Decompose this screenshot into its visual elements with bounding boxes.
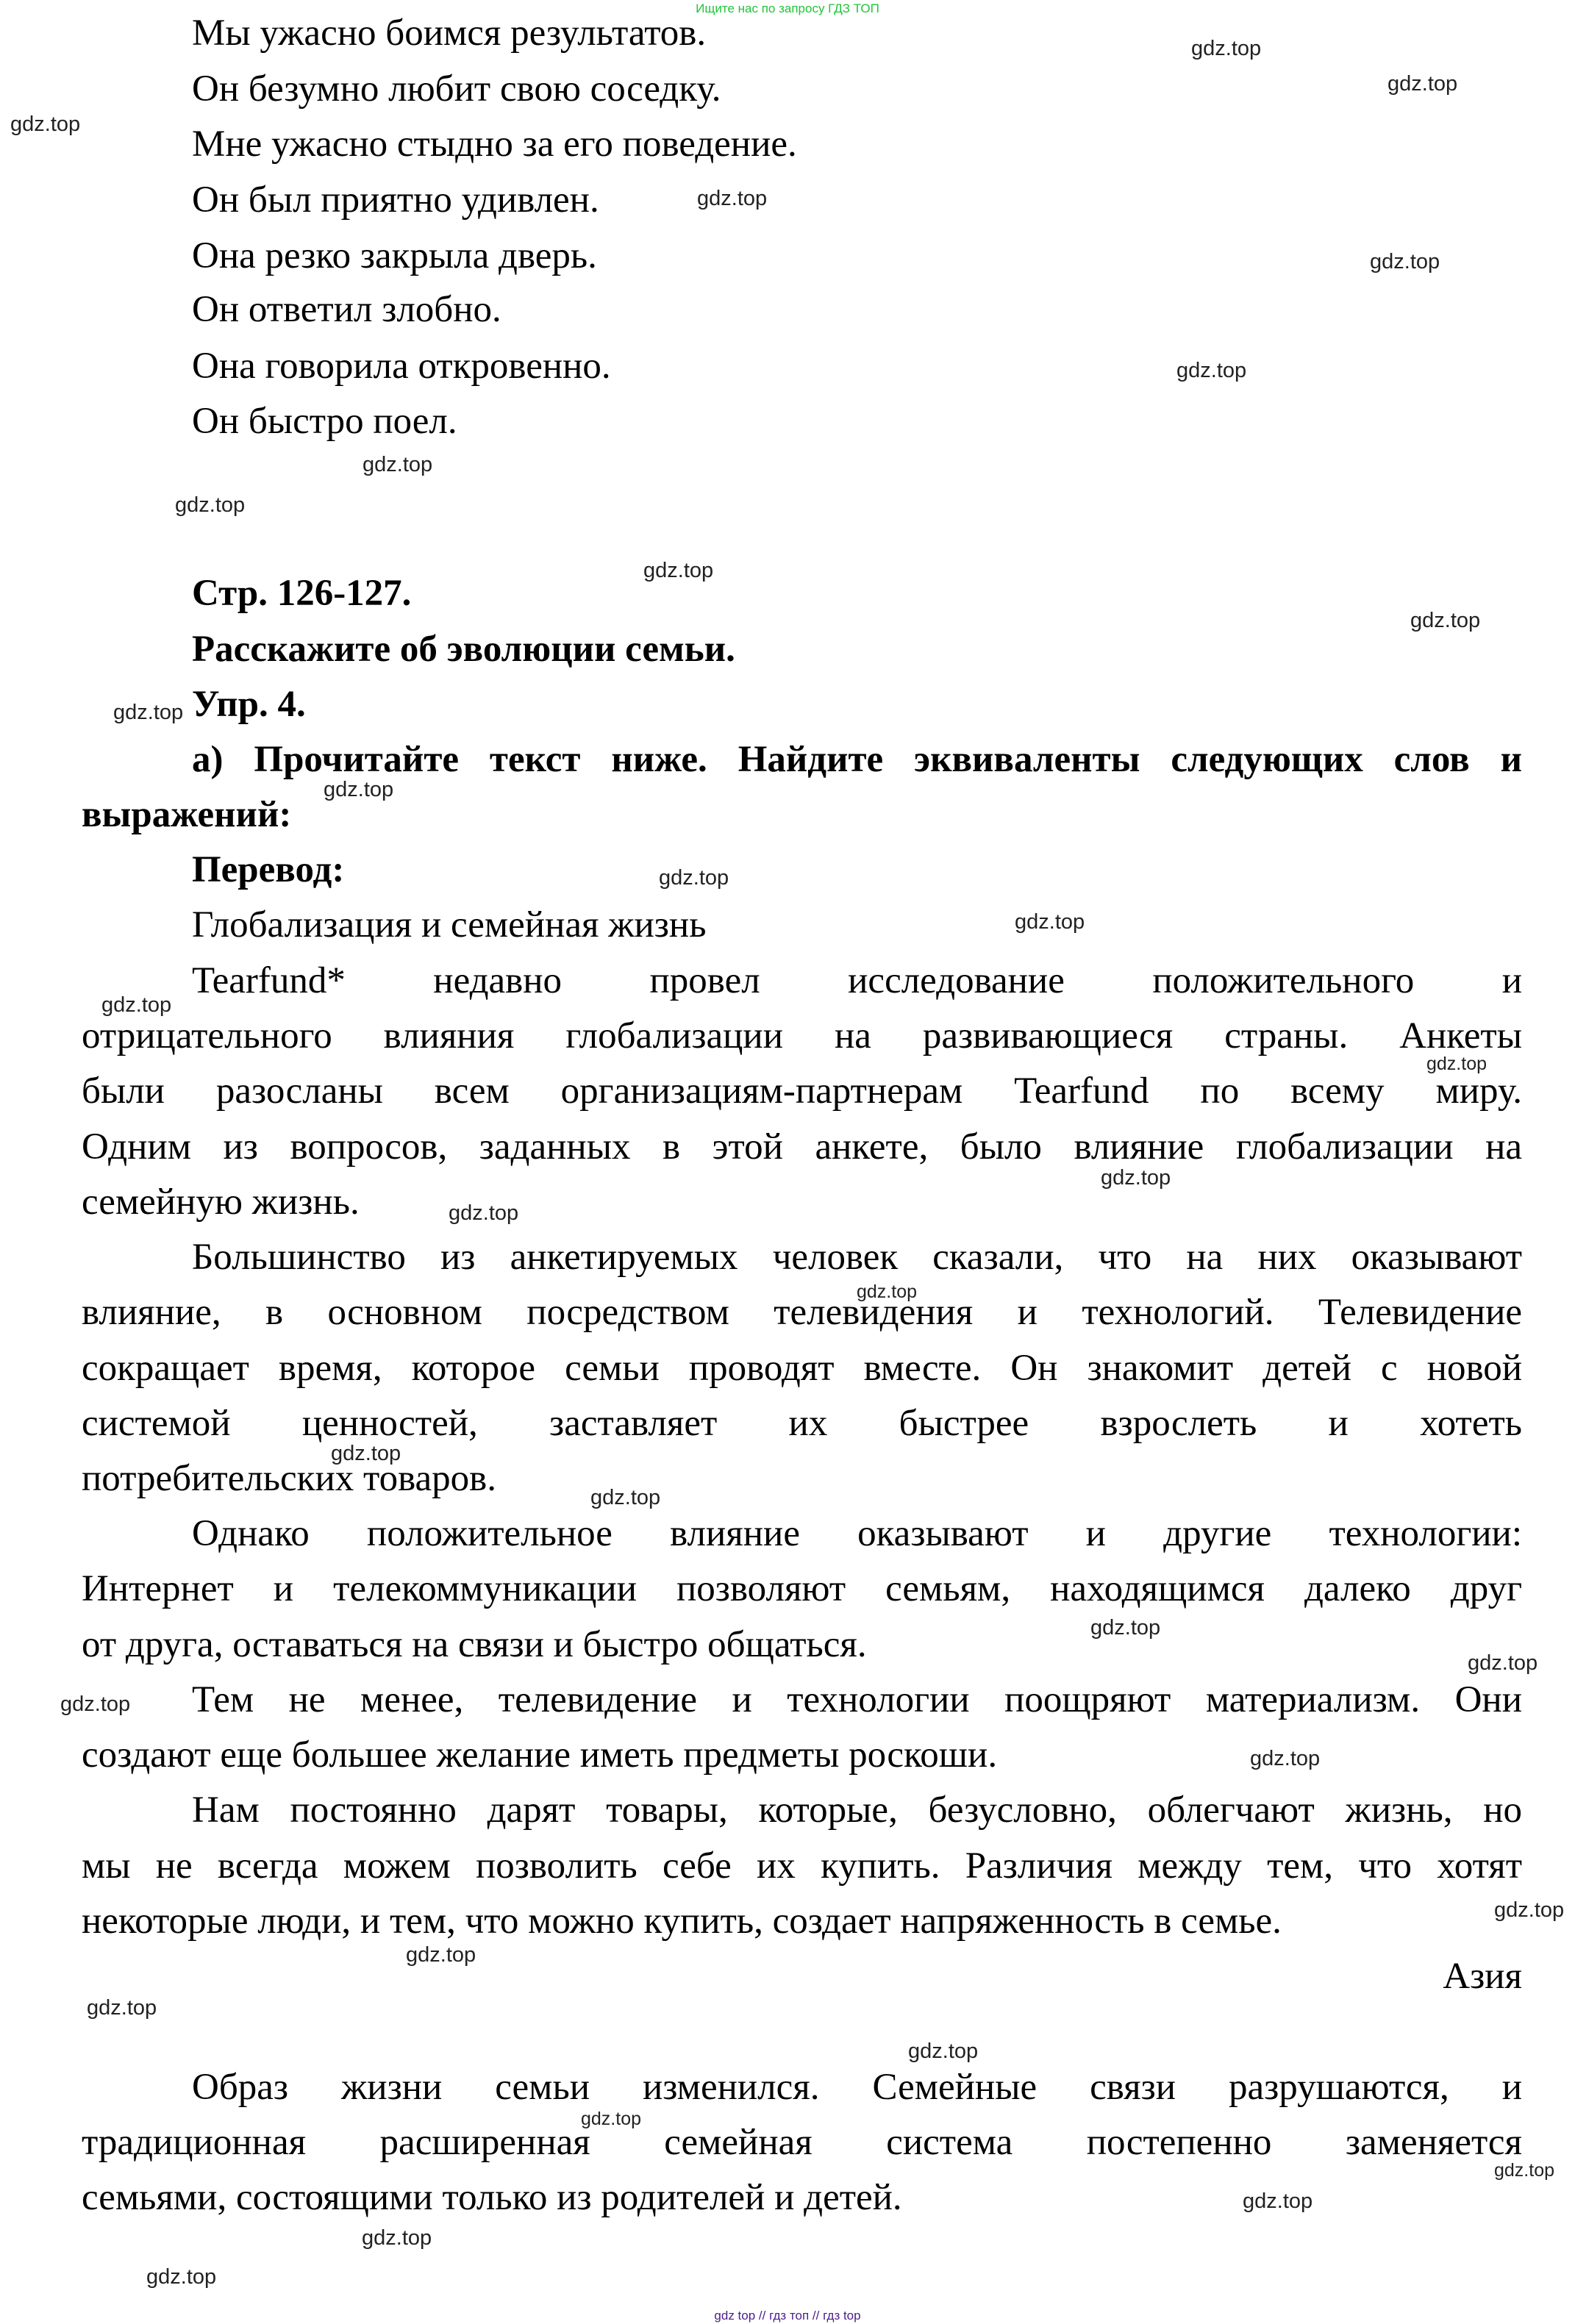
- sentence: Он быстро поел.: [192, 403, 457, 440]
- sentence: Она резко закрыла дверь.: [192, 237, 597, 275]
- paragraph-line: некоторые люди, и тем, что можно купить,…: [82, 1903, 1282, 1940]
- paragraph-line: Образ жизни семьи изменился. Семейные св…: [192, 2069, 1522, 2106]
- sentence: Он безумно любит свою соседку.: [192, 71, 721, 108]
- watermark: gdz.top: [449, 1203, 518, 1224]
- paragraph-line: Tearfund* недавно провел исследование по…: [192, 962, 1522, 1000]
- watermark: gdz.top: [1250, 1748, 1320, 1770]
- paragraph-line: Однако положительное влияние оказывают и…: [192, 1515, 1522, 1553]
- article-title: Глобализация и семейная жизнь: [192, 907, 706, 944]
- region-label: Азия: [1443, 1958, 1522, 1995]
- watermark: gdz.top: [1426, 1055, 1487, 1073]
- watermark: gdz.top: [101, 995, 171, 1016]
- watermark: gdz.top: [1468, 1653, 1537, 1674]
- paragraph-line: влияние, в основном посредством телевиде…: [82, 1294, 1522, 1331]
- watermark: gdz.top: [1176, 360, 1246, 382]
- sentence: Мне ужасно стыдно за его поведение.: [192, 126, 797, 163]
- sentence: Он ответил злобно.: [192, 291, 501, 329]
- watermark: gdz.top: [697, 188, 767, 210]
- watermark: gdz.top: [331, 1443, 401, 1465]
- watermark: gdz.top: [324, 779, 393, 801]
- watermark: gdz.top: [146, 2267, 216, 2288]
- paragraph-line: мы не всегда можем позволить себе их куп…: [82, 1848, 1522, 1885]
- paragraph-line: Интернет и телекоммуникации позволяют се…: [82, 1570, 1522, 1608]
- watermark: gdz.top: [362, 2228, 432, 2249]
- watermark: gdz.top: [581, 2110, 641, 2128]
- watermark: gdz.top: [60, 1694, 130, 1715]
- task-instruction-line: а) Прочитайте текст ниже. Найдите эквива…: [192, 741, 1522, 779]
- paragraph-line: системой ценностей, заставляет их быстре…: [82, 1405, 1522, 1442]
- watermark: gdz.top: [87, 1998, 157, 2019]
- page-reference: Стр. 126-127.: [192, 575, 411, 612]
- exercise-number: Упр. 4.: [192, 686, 306, 723]
- watermark: gdz.top: [1410, 610, 1480, 632]
- sentence: Он был приятно удивлен.: [192, 182, 599, 219]
- watermark: gdz.top: [1191, 38, 1261, 60]
- topic-heading: Расскажите об эволюции семьи.: [192, 631, 735, 668]
- watermark: gdz.top: [1387, 74, 1457, 95]
- paragraph-line: семейную жизнь.: [82, 1184, 360, 1221]
- paragraph-line: Одним из вопросов, заданных в этой анкет…: [82, 1129, 1522, 1166]
- paragraph-line: были разосланы всем организациям-партнер…: [82, 1073, 1522, 1110]
- watermark: gdz.top: [590, 1487, 660, 1509]
- watermark: gdz.top: [175, 495, 245, 516]
- watermark: gdz.top: [908, 2041, 978, 2062]
- paragraph-line: Тем не менее, телевидение и технологии п…: [192, 1681, 1522, 1719]
- watermark: gdz.top: [1101, 1168, 1171, 1189]
- task-instruction-line: выражений:: [82, 796, 291, 834]
- translation-label: Перевод:: [192, 851, 344, 889]
- paragraph-line: создают еще большее желание иметь предме…: [82, 1737, 997, 1774]
- paragraph-line: Нам постоянно дарят товары, которые, без…: [192, 1792, 1522, 1829]
- paragraph-line: от друга, оставаться на связи и быстро о…: [82, 1626, 867, 1664]
- footer-watermark: gdz top // гдз топ // гдз top: [0, 2309, 1575, 2323]
- watermark: gdz.top: [1090, 1617, 1160, 1639]
- watermark: gdz.top: [643, 560, 713, 582]
- watermark: gdz.top: [362, 454, 432, 476]
- watermark: gdz.top: [1243, 2191, 1312, 2212]
- watermark: gdz.top: [1015, 912, 1085, 933]
- paragraph-line: сокращает время, которое семьи проводят …: [82, 1350, 1522, 1387]
- watermark: gdz.top: [406, 1945, 476, 1966]
- sentence: Она говорила откровенно.: [192, 348, 611, 385]
- paragraph-line: потребительских товаров.: [82, 1460, 496, 1498]
- sentence: Мы ужасно боимся результатов.: [192, 15, 706, 52]
- watermark: gdz.top: [857, 1283, 917, 1301]
- watermark: gdz.top: [659, 868, 729, 889]
- watermark: gdz.top: [1494, 2162, 1554, 2180]
- paragraph-line: семьями, состоящими только из родителей …: [82, 2179, 902, 2217]
- paragraph-line: традиционная расширенная семейная систем…: [82, 2124, 1522, 2162]
- watermark: gdz.top: [113, 702, 183, 723]
- watermark: gdz.top: [1494, 1900, 1564, 1921]
- paragraph-line: Большинство из анкетируемых человек сказ…: [192, 1239, 1522, 1276]
- paragraph-line: отрицательного влияния глобализации на р…: [82, 1018, 1522, 1055]
- watermark: gdz.top: [10, 114, 80, 135]
- watermark: gdz.top: [1370, 251, 1440, 273]
